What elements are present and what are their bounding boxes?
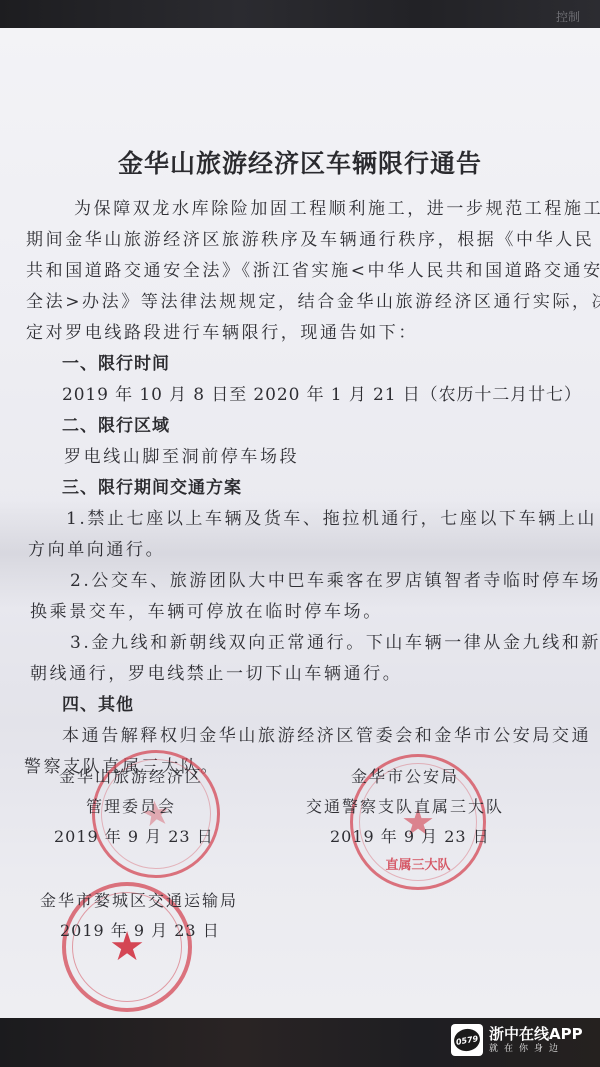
section-heading-area: 二、限行区域 (62, 411, 170, 436)
signature-org-1-line-2: 管理委员会 (56, 794, 206, 817)
signature-date-2: 2019 年 9 月 23 日 (330, 824, 480, 847)
control-label: 控制 (556, 8, 580, 25)
signature-org-3: 金华市婺城区交通运输局 (40, 888, 240, 911)
signature-org-2-line-2: 交通警察支队直属三大队 (298, 794, 512, 817)
app-watermark: 0579 浙中在线APP 就在你身边 (451, 1021, 593, 1059)
app-logo-icon: 0579 (451, 1024, 483, 1056)
traffic-plan-line-1: 1.禁止七座以上车辆及货车、拖拉机通行，七座以下车辆上山 (66, 504, 597, 529)
intro-line-1: 为保障双龙水库除险加固工程顺利施工，进一步规范工程施工 (74, 194, 600, 219)
traffic-plan-line-5: 3.金九线和新朝线双向正常通行。下山车辆一律从金九线和新 (70, 628, 600, 653)
notice-title: 金华山旅游经济区车辆限行通告 (0, 144, 600, 180)
section-heading-traffic-plan: 三、限行期间交通方案 (62, 473, 242, 498)
traffic-plan-line-3: 2.公交车、旅游团队大中巴车乘客在罗店镇智者寺临时停车场 (70, 566, 600, 591)
signature-org-1-line-1: 金华山旅游经济区 (56, 764, 206, 787)
section-heading-other: 四、其他 (62, 690, 134, 715)
section-heading-time: 一、限行时间 (62, 349, 170, 374)
section-area-text: 罗电线山脚至洞前停车场段 (64, 442, 299, 467)
signature-org-2-line-1: 金华市公安局 (330, 764, 480, 787)
logo-text: 0579 (452, 1027, 481, 1053)
traffic-plan-line-6: 朝线通行，罗电线禁止一切下山车辆通行。 (30, 659, 402, 684)
signature-date-3: 2019 年 9 月 23 日 (60, 918, 220, 941)
intro-line-5: 定对罗电线路段进行车辆限行，现通告如下： (26, 318, 418, 343)
intro-line-3: 共和国道路交通安全法》《浙江省实施<中华人民共和国道路交通安 (26, 256, 600, 281)
other-line-1: 本通告解释权归金华山旅游经济区管委会和金华市公安局交通 (62, 721, 591, 746)
intro-line-4: 全法>办法》等法律法规规定，结合金华山旅游经济区通行实际，决 (26, 287, 600, 312)
signature-date-1: 2019 年 9 月 23 日 (54, 824, 204, 847)
notice-paper: 金华山旅游经济区车辆限行通告 为保障双龙水库除险加固工程顺利施工，进一步规范工程… (0, 28, 600, 1022)
traffic-plan-line-2: 方向单向通行。 (28, 535, 165, 560)
watermark-title: 浙中在线APP (489, 1025, 583, 1043)
watermark-subtitle: 就在你身边 (489, 1043, 583, 1055)
section-time-text: 2019 年 10 月 8 日至 2020 年 1 月 21 日（农历十二月廿七… (62, 380, 582, 405)
seal-bottom-text: 直属三大队 (353, 854, 483, 873)
intro-line-2: 期间金华山旅游经济区旅游秩序及车辆通行秩序，根据《中华人民 (26, 225, 594, 250)
traffic-plan-line-4: 换乘景交车，车辆可停放在临时停车场。 (30, 597, 383, 622)
